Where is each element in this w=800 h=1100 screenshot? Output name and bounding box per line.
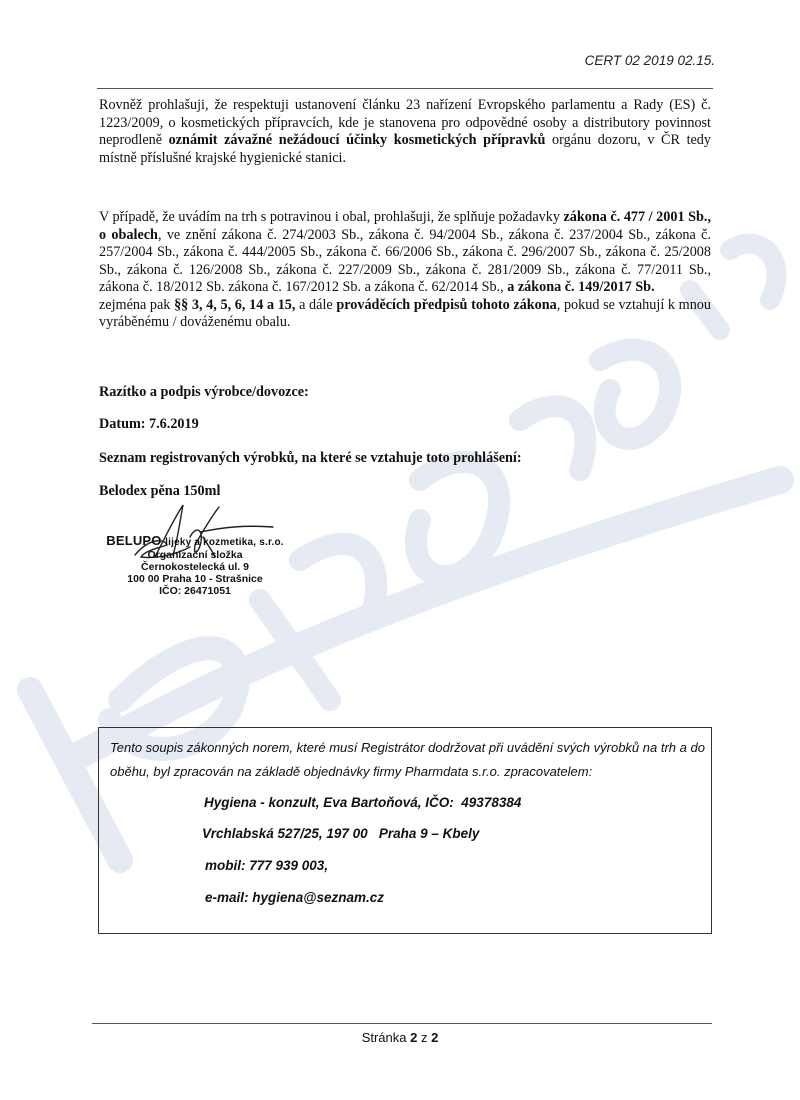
paragraph2-text-1: V případě, že uvádím na trh s potravinou… — [99, 209, 564, 225]
certificate-reference: CERT 02 2019 02.15. — [585, 53, 715, 68]
paragraph2-sections: §§ 3, 4, 5, 6, 14 a 15, — [174, 297, 295, 313]
header-divider — [97, 88, 713, 89]
date-label: Datum: 7.6.2019 — [99, 416, 199, 433]
processor-email: e-mail: hygiena@seznam.cz — [205, 890, 384, 905]
paragraph2-text-3: zejména pak — [99, 297, 174, 313]
stamp-signature-label: Razítko a podpis výrobce/dovozce: — [99, 384, 309, 401]
registered-products-label: Seznam registrovaných výrobků, na které … — [99, 450, 522, 467]
page-word: Stránka — [362, 1030, 410, 1045]
processor-company: Hygiena - konzult, Eva Bartoňová, IČO: 4… — [204, 795, 521, 810]
stamp-brand-name: BELUPO — [106, 533, 161, 548]
stamp-line-ico: IČO: 26471051 — [100, 585, 290, 597]
processor-mobile: mobil: 777 939 003, — [205, 858, 328, 873]
total-pages: 2 — [431, 1030, 438, 1045]
cosmetics-regulation-paragraph: Rovněž prohlašuji, že respektuji ustanov… — [99, 97, 711, 167]
stamp-line-street: Černokostelecká ul. 9 — [100, 561, 290, 573]
paragraph2-latest-amendment: a zákona č. 149/2017 Sb. — [507, 279, 654, 295]
info-box-intro: Tento soupis zákonných norem, které musí… — [110, 736, 708, 784]
stamp-brand: BELUPO lijeky a kozmetika, s.r.o. — [100, 535, 290, 549]
paragraph1-emphasis: oznámit závažné nežádoucí účinky kosmeti… — [169, 132, 546, 148]
of-word: z — [417, 1030, 431, 1045]
packaging-law-paragraph: V případě, že uvádím na trh s potravinou… — [99, 209, 711, 332]
paragraph2-text-4: a dále — [295, 297, 336, 313]
paragraph2-regulations: prováděcích předpisů tohoto zákona — [336, 297, 556, 313]
processor-address: Vrchlabská 527/25, 197 00 Praha 9 – Kbel… — [202, 826, 479, 841]
page-number: Stránka 2 z 2 — [0, 1030, 800, 1045]
stamp-line-city: 100 00 Praha 10 - Strašnice — [100, 573, 290, 585]
company-stamp: BELUPO lijeky a kozmetika, s.r.o. Organi… — [100, 535, 290, 597]
processor-info-box: Tento soupis zákonných norem, které musí… — [98, 727, 712, 934]
footer-divider — [92, 1023, 712, 1024]
stamp-brand-suffix: lijeky a kozmetika, s.r.o. — [165, 537, 284, 548]
stamp-line-branch: Organizační složka — [100, 549, 290, 561]
